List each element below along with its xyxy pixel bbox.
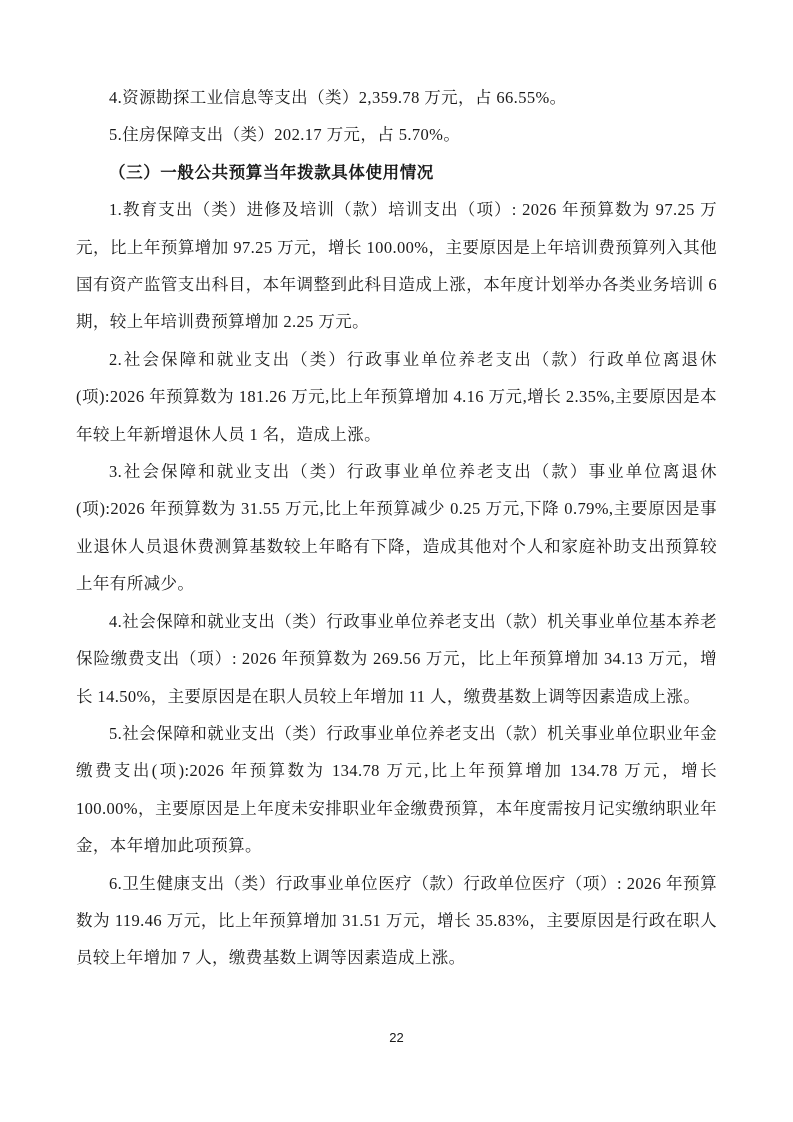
page-number: 22 bbox=[0, 1030, 793, 1045]
budget-paragraph: 3.社会保障和就业支出（类）行政事业单位养老支出（款）事业单位离退休(项):20… bbox=[76, 453, 717, 603]
budget-paragraph: 2.社会保障和就业支出（类）行政事业单位养老支出（款）行政单位离退休(项):20… bbox=[76, 341, 717, 453]
section-heading: （三）一般公共预算当年拨款具体使用情况 bbox=[76, 154, 717, 191]
document-page: 4.资源勘探工业信息等支出（类）2,359.78 万元，占 66.55%。 5.… bbox=[0, 0, 793, 1122]
expense-summary-item: 5.住房保障支出（类）202.17 万元，占 5.70%。 bbox=[76, 116, 717, 153]
budget-paragraph: 6.卫生健康支出（类）行政事业单位医疗（款）行政单位医疗（项）: 2026 年预… bbox=[76, 865, 717, 977]
budget-paragraph: 4.社会保障和就业支出（类）行政事业单位养老支出（款）机关事业单位基本养老保险缴… bbox=[76, 603, 717, 715]
expense-summary-item: 4.资源勘探工业信息等支出（类）2,359.78 万元，占 66.55%。 bbox=[76, 79, 717, 116]
budget-paragraph: 1.教育支出（类）进修及培训（款）培训支出（项）: 2026 年预算数为 97.… bbox=[76, 191, 717, 341]
budget-paragraph: 5.社会保障和就业支出（类）行政事业单位养老支出（款）机关事业单位职业年金缴费支… bbox=[76, 715, 717, 865]
page-content: 4.资源勘探工业信息等支出（类）2,359.78 万元，占 66.55%。 5.… bbox=[76, 79, 717, 977]
